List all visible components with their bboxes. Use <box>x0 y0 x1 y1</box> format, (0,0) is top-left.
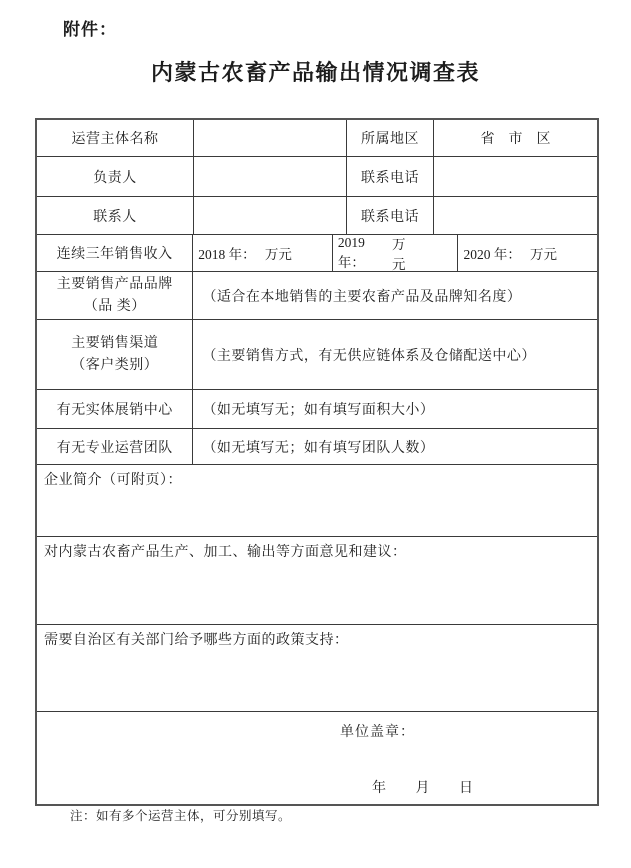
company-profile-label: 企业简介（可附页）： <box>44 473 182 488</box>
revenue-2019-unit: 万元 <box>392 235 417 271</box>
revenue-2020-unit: 万元 <box>530 243 557 263</box>
team-input-cell[interactable]: （如无填写无；如有填写团队人数） <box>193 429 597 464</box>
revenue-2018-unit: 万元 <box>265 243 292 263</box>
seal-date-label: 年 月 日 <box>372 777 474 797</box>
operator-name-label: 运营主体名称 <box>37 120 194 156</box>
brand-input-cell[interactable]: （适合在本地销售的主要农畜产品及品牌知名度） <box>193 272 597 319</box>
attachment-label: 附件： <box>63 15 117 40</box>
principal-phone-label: 联系电话 <box>347 157 434 196</box>
footnote: 注：如有多个运营主体，可分别填写。 <box>70 806 291 824</box>
contact-phone-label: 联系电话 <box>347 197 434 234</box>
row-suggestions: 对内蒙古农畜产品生产、加工、输出等方面意见和建议： <box>37 537 597 625</box>
revenue-2018-cell[interactable]: 2018 年： 万元 <box>193 235 333 271</box>
row-operator-name: 运营主体名称 所属地区 省 市 区 <box>37 120 597 157</box>
policy-support-cell[interactable]: 需要自治区有关部门给予哪些方面的政策支持： <box>37 625 597 711</box>
revenue-2020-cell[interactable]: 2020 年： 万元 <box>458 235 597 271</box>
contact-input-cell[interactable] <box>194 197 347 234</box>
row-principal: 负责人 联系电话 <box>37 157 597 197</box>
page-title: 内蒙古农畜产品输出情况调查表 <box>0 56 631 87</box>
seal-label: 单位盖章： <box>340 721 415 741</box>
document-page: { "page": { "attachment_label": "附件：", "… <box>0 0 631 868</box>
region-value: 省 市 区 <box>434 120 597 156</box>
channel-input-cell[interactable]: （主要销售方式，有无供应链体系及仓储配送中心） <box>193 320 597 389</box>
revenue-2019-label: 2019 年： <box>338 235 392 271</box>
showroom-label: 有无实体展销中心 <box>37 390 193 428</box>
team-label: 有无专业运营团队 <box>37 429 193 464</box>
brand-label-line2: （品 类） <box>84 296 146 318</box>
contact-phone-input-cell[interactable] <box>434 197 597 234</box>
survey-form-table: 运营主体名称 所属地区 省 市 区 负责人 联系电话 联系人 联系电话 连续三年… <box>35 118 599 806</box>
company-profile-cell[interactable]: 企业简介（可附页）： <box>37 465 597 536</box>
row-showroom: 有无实体展销中心 （如无填写无；如有填写面积大小） <box>37 390 597 429</box>
channel-label-line2: （客户类别） <box>71 355 158 377</box>
operator-name-input-cell[interactable] <box>194 120 347 156</box>
channel-label: 主要销售渠道 （客户类别） <box>37 320 193 389</box>
row-channel: 主要销售渠道 （客户类别） （主要销售方式，有无供应链体系及仓储配送中心） <box>37 320 597 390</box>
row-team: 有无专业运营团队 （如无填写无；如有填写团队人数） <box>37 429 597 465</box>
showroom-input-cell[interactable]: （如无填写无；如有填写面积大小） <box>193 390 597 428</box>
row-brand: 主要销售产品品牌 （品 类） （适合在本地销售的主要农畜产品及品牌知名度） <box>37 272 597 320</box>
contact-label: 联系人 <box>37 197 194 234</box>
principal-label: 负责人 <box>37 157 194 196</box>
channel-label-line1: 主要销售渠道 <box>71 333 158 355</box>
row-seal: 单位盖章： 年 月 日 <box>37 712 597 804</box>
principal-input-cell[interactable] <box>194 157 347 196</box>
team-hint: （如无填写无；如有填写团队人数） <box>202 437 434 457</box>
revenue-label: 连续三年销售收入 <box>37 235 193 271</box>
suggestions-cell[interactable]: 对内蒙古农畜产品生产、加工、输出等方面意见和建议： <box>37 537 597 624</box>
region-label: 所属地区 <box>347 120 434 156</box>
suggestions-label: 对内蒙古农畜产品生产、加工、输出等方面意见和建议： <box>44 545 407 560</box>
showroom-hint: （如无填写无；如有填写面积大小） <box>202 399 434 419</box>
revenue-2019-cell[interactable]: 2019 年： 万元 <box>333 235 459 271</box>
brand-label-line1: 主要销售产品品牌 <box>57 274 173 296</box>
channel-hint: （主要销售方式，有无供应链体系及仓储配送中心） <box>202 345 536 365</box>
row-company-profile: 企业简介（可附页）： <box>37 465 597 537</box>
seal-cell[interactable]: 单位盖章： 年 月 日 <box>37 712 597 804</box>
revenue-2018-label: 2018 年： <box>198 243 255 263</box>
row-revenue: 连续三年销售收入 2018 年： 万元 2019 年： 万元 2020 年： 万… <box>37 235 597 272</box>
principal-phone-input-cell[interactable] <box>434 157 597 196</box>
policy-support-label: 需要自治区有关部门给予哪些方面的政策支持： <box>44 633 349 648</box>
revenue-2020-label: 2020 年： <box>463 243 520 263</box>
row-contact: 联系人 联系电话 <box>37 197 597 235</box>
brand-hint: （适合在本地销售的主要农畜产品及品牌知名度） <box>202 286 521 306</box>
row-policy-support: 需要自治区有关部门给予哪些方面的政策支持： <box>37 625 597 712</box>
brand-label: 主要销售产品品牌 （品 类） <box>37 272 193 319</box>
